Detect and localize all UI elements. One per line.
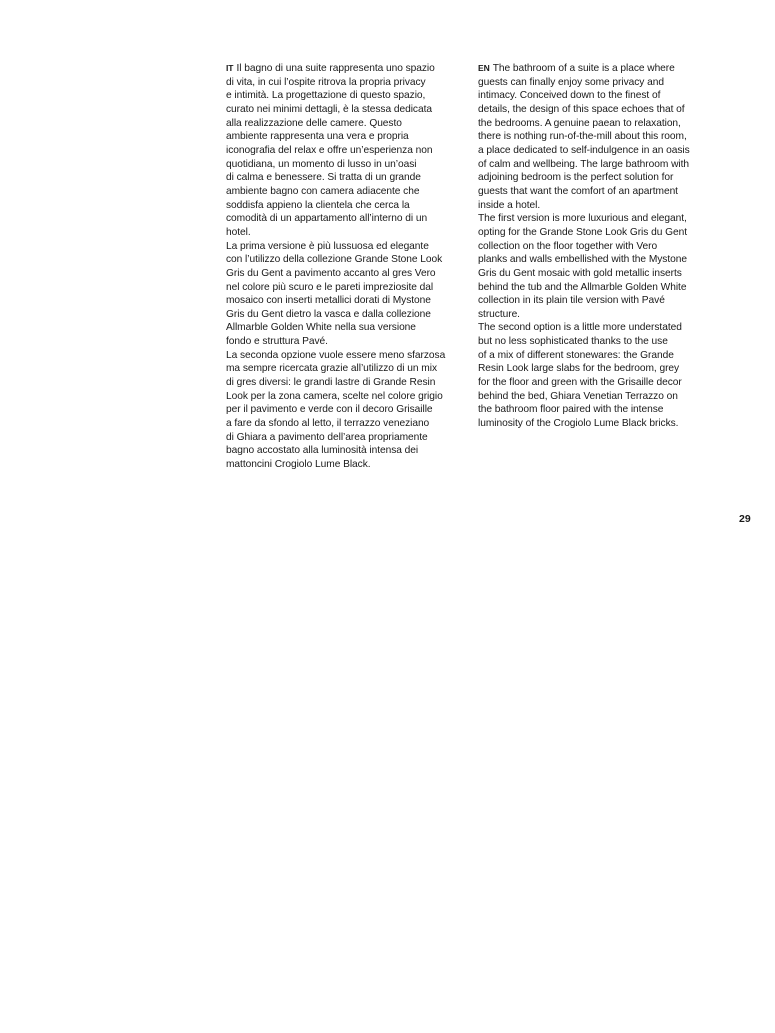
line-text: mattoncini Crogiolo Lume Black. xyxy=(226,459,371,470)
line-text: the bathroom floor paired with the inten… xyxy=(478,404,663,415)
italian-text-line: di vita, in cui l’ospite ritrova la prop… xyxy=(226,76,476,90)
italian-text-line: Allmarble Golden White nella sua version… xyxy=(226,321,476,335)
line-text: behind the tub and the Allmarble Golden … xyxy=(478,282,686,293)
english-text-line: guests that want the comfort of an apart… xyxy=(478,185,728,199)
italian-text-line: comodità di un appartamento all’interno … xyxy=(226,212,476,226)
english-text-line: structure. xyxy=(478,308,728,322)
line-text: The bathroom of a suite is a place where xyxy=(493,63,675,74)
line-text: e intimità. La progettazione di questo s… xyxy=(226,90,425,101)
line-text: Allmarble Golden White nella sua version… xyxy=(226,322,416,333)
italian-text-line: e intimità. La progettazione di questo s… xyxy=(226,89,476,103)
line-text: per il pavimento e verde con il decoro G… xyxy=(226,404,433,415)
english-text-line: details, the design of this space echoes… xyxy=(478,103,728,117)
line-text: luminosity of the Crogiolo Lume Black br… xyxy=(478,418,678,429)
english-text-column: ENThe bathroom of a suite is a place whe… xyxy=(478,62,728,431)
line-text: Gris du Gent a pavimento accanto al gres… xyxy=(226,268,436,279)
line-text: mosaico con inserti metallici dorati di … xyxy=(226,295,431,306)
line-text: guests that want the comfort of an apart… xyxy=(478,186,678,197)
english-text-line: but no less sophisticated thanks to the … xyxy=(478,335,728,349)
line-text: Resin Look large slabs for the bedroom, … xyxy=(478,363,679,374)
english-text-line: The first version is more luxurious and … xyxy=(478,212,728,226)
italian-text-line: ITIl bagno di una suite rappresenta uno … xyxy=(226,62,476,76)
italian-text-line: nel colore più scuro e le pareti imprezi… xyxy=(226,281,476,295)
line-text: details, the design of this space echoes… xyxy=(478,104,685,115)
line-text: of a mix of different stonewares: the Gr… xyxy=(478,350,674,361)
line-text: but no less sophisticated thanks to the … xyxy=(478,336,668,347)
line-text: Gris du Gent dietro la vasca e dalla col… xyxy=(226,309,431,320)
line-text: ambiente bagno con camera adiacente che xyxy=(226,186,419,197)
line-text: there is nothing run-of-the-mill about t… xyxy=(478,131,687,142)
line-text: iconografia del relax e offre un’esperie… xyxy=(226,145,432,156)
italian-text-line: fondo e struttura Pavé. xyxy=(226,335,476,349)
italian-text-line: Gris du Gent a pavimento accanto al gres… xyxy=(226,267,476,281)
line-text: Gris du Gent mosaic with gold metallic i… xyxy=(478,268,682,279)
english-text-line: ENThe bathroom of a suite is a place whe… xyxy=(478,62,728,76)
english-text-line: the bedrooms. A genuine paean to relaxat… xyxy=(478,117,728,131)
line-text: di gres diversi: le grandi lastre di Gra… xyxy=(226,377,435,388)
italian-text-line: di gres diversi: le grandi lastre di Gra… xyxy=(226,376,476,390)
english-text-line: there is nothing run-of-the-mill about t… xyxy=(478,130,728,144)
line-text: The second option is a little more under… xyxy=(478,322,682,333)
line-text: collection in its plain tile version wit… xyxy=(478,295,665,306)
italian-text-line: hotel. xyxy=(226,226,476,240)
line-text: comodità di un appartamento all’interno … xyxy=(226,213,427,224)
line-text: con l’utilizzo della collezione Grande S… xyxy=(226,254,442,265)
italian-text-line: ma sempre ricercata grazie all’utilizzo … xyxy=(226,362,476,376)
italian-text-line: curato nei minimi dettagli, è la stessa … xyxy=(226,103,476,117)
line-text: alla realizzazione delle camere. Questo xyxy=(226,118,402,129)
line-text: soddisfa appieno la clientela che cerca … xyxy=(226,200,410,211)
line-text: The first version is more luxurious and … xyxy=(478,213,687,224)
english-language-tag: EN xyxy=(478,63,490,73)
line-text: for the floor and green with the Grisail… xyxy=(478,377,682,388)
line-text: bagno accostato alla luminosità intensa … xyxy=(226,445,418,456)
italian-text-line: La prima versione è più lussuosa ed eleg… xyxy=(226,240,476,254)
english-text-line: planks and walls embellished with the My… xyxy=(478,253,728,267)
line-text: di Ghiara a pavimento dell’area propriam… xyxy=(226,432,428,443)
italian-text-line: Look per la zona camera, scelte nel colo… xyxy=(226,390,476,404)
italian-text-line: bagno accostato alla luminosità intensa … xyxy=(226,444,476,458)
english-text-line: intimacy. Conceived down to the finest o… xyxy=(478,89,728,103)
italian-text-line: alla realizzazione delle camere. Questo xyxy=(226,117,476,131)
line-text: hotel. xyxy=(226,227,251,238)
line-text: structure. xyxy=(478,309,520,320)
line-text: ambiente rappresenta una vera e propria xyxy=(226,131,409,142)
italian-text-line: Gris du Gent dietro la vasca e dalla col… xyxy=(226,308,476,322)
line-text: Il bagno di una suite rappresenta uno sp… xyxy=(236,63,434,74)
line-text: di vita, in cui l’ospite ritrova la prop… xyxy=(226,77,426,88)
italian-text-line: mosaico con inserti metallici dorati di … xyxy=(226,294,476,308)
italian-text-line: di Ghiara a pavimento dell’area propriam… xyxy=(226,431,476,445)
line-text: Look per la zona camera, scelte nel colo… xyxy=(226,391,443,402)
line-text: intimacy. Conceived down to the finest o… xyxy=(478,90,660,101)
italian-text-line: mattoncini Crogiolo Lume Black. xyxy=(226,458,476,472)
line-text: fondo e struttura Pavé. xyxy=(226,336,328,347)
line-text: collection on the floor together with Ve… xyxy=(478,241,657,252)
line-text: of calm and wellbeing. The large bathroo… xyxy=(478,159,689,170)
line-text: opting for the Grande Stone Look Gris du… xyxy=(478,227,687,238)
english-text-line: inside a hotel. xyxy=(478,199,728,213)
italian-text-line: La seconda opzione vuole essere meno sfa… xyxy=(226,349,476,363)
italian-text-line: a fare da sfondo al letto, il terrazzo v… xyxy=(226,417,476,431)
line-text: behind the bed, Ghiara Venetian Terrazzo… xyxy=(478,391,678,402)
english-text-line: luminosity of the Crogiolo Lume Black br… xyxy=(478,417,728,431)
english-text-line: The second option is a little more under… xyxy=(478,321,728,335)
english-text-line: guests can finally enjoy some privacy an… xyxy=(478,76,728,90)
italian-text-line: per il pavimento e verde con il decoro G… xyxy=(226,403,476,417)
line-text: a fare da sfondo al letto, il terrazzo v… xyxy=(226,418,429,429)
italian-text-line: ambiente rappresenta una vera e propria xyxy=(226,130,476,144)
line-text: inside a hotel. xyxy=(478,200,540,211)
line-text: the bedrooms. A genuine paean to relaxat… xyxy=(478,118,681,129)
line-text: La prima versione è più lussuosa ed eleg… xyxy=(226,241,429,252)
page-number: 29 xyxy=(739,513,751,525)
line-text: di calma e benessere. Si tratta di un gr… xyxy=(226,172,421,183)
line-text: guests can finally enjoy some privacy an… xyxy=(478,77,664,88)
italian-text-line: di calma e benessere. Si tratta di un gr… xyxy=(226,171,476,185)
line-text: La seconda opzione vuole essere meno sfa… xyxy=(226,350,445,361)
italian-language-tag: IT xyxy=(226,63,233,73)
italian-text-line: ambiente bagno con camera adiacente che xyxy=(226,185,476,199)
english-text-line: Resin Look large slabs for the bedroom, … xyxy=(478,362,728,376)
english-text-line: of calm and wellbeing. The large bathroo… xyxy=(478,158,728,172)
italian-text-line: con l’utilizzo della collezione Grande S… xyxy=(226,253,476,267)
english-text-line: of a mix of different stonewares: the Gr… xyxy=(478,349,728,363)
english-text-line: a place dedicated to self-indulgence in … xyxy=(478,144,728,158)
line-text: planks and walls embellished with the My… xyxy=(478,254,687,265)
line-text: curato nei minimi dettagli, è la stessa … xyxy=(226,104,432,115)
english-text-line: the bathroom floor paired with the inten… xyxy=(478,403,728,417)
line-text: a place dedicated to self-indulgence in … xyxy=(478,145,690,156)
italian-text-line: iconografia del relax e offre un’esperie… xyxy=(226,144,476,158)
line-text: ma sempre ricercata grazie all’utilizzo … xyxy=(226,363,437,374)
english-text-line: collection on the floor together with Ve… xyxy=(478,240,728,254)
italian-text-line: soddisfa appieno la clientela che cerca … xyxy=(226,199,476,213)
italian-text-column: ITIl bagno di una suite rappresenta uno … xyxy=(226,62,476,472)
italian-text-line: quotidiana, un momento di lusso in un’oa… xyxy=(226,158,476,172)
english-text-line: behind the tub and the Allmarble Golden … xyxy=(478,281,728,295)
line-text: adjoining bedroom is the perfect solutio… xyxy=(478,172,673,183)
line-text: nel colore più scuro e le pareti imprezi… xyxy=(226,282,433,293)
english-text-line: collection in its plain tile version wit… xyxy=(478,294,728,308)
english-text-line: Gris du Gent mosaic with gold metallic i… xyxy=(478,267,728,281)
english-text-line: opting for the Grande Stone Look Gris du… xyxy=(478,226,728,240)
english-text-line: adjoining bedroom is the perfect solutio… xyxy=(478,171,728,185)
english-text-line: for the floor and green with the Grisail… xyxy=(478,376,728,390)
line-text: quotidiana, un momento di lusso in un’oa… xyxy=(226,159,416,170)
english-text-line: behind the bed, Ghiara Venetian Terrazzo… xyxy=(478,390,728,404)
